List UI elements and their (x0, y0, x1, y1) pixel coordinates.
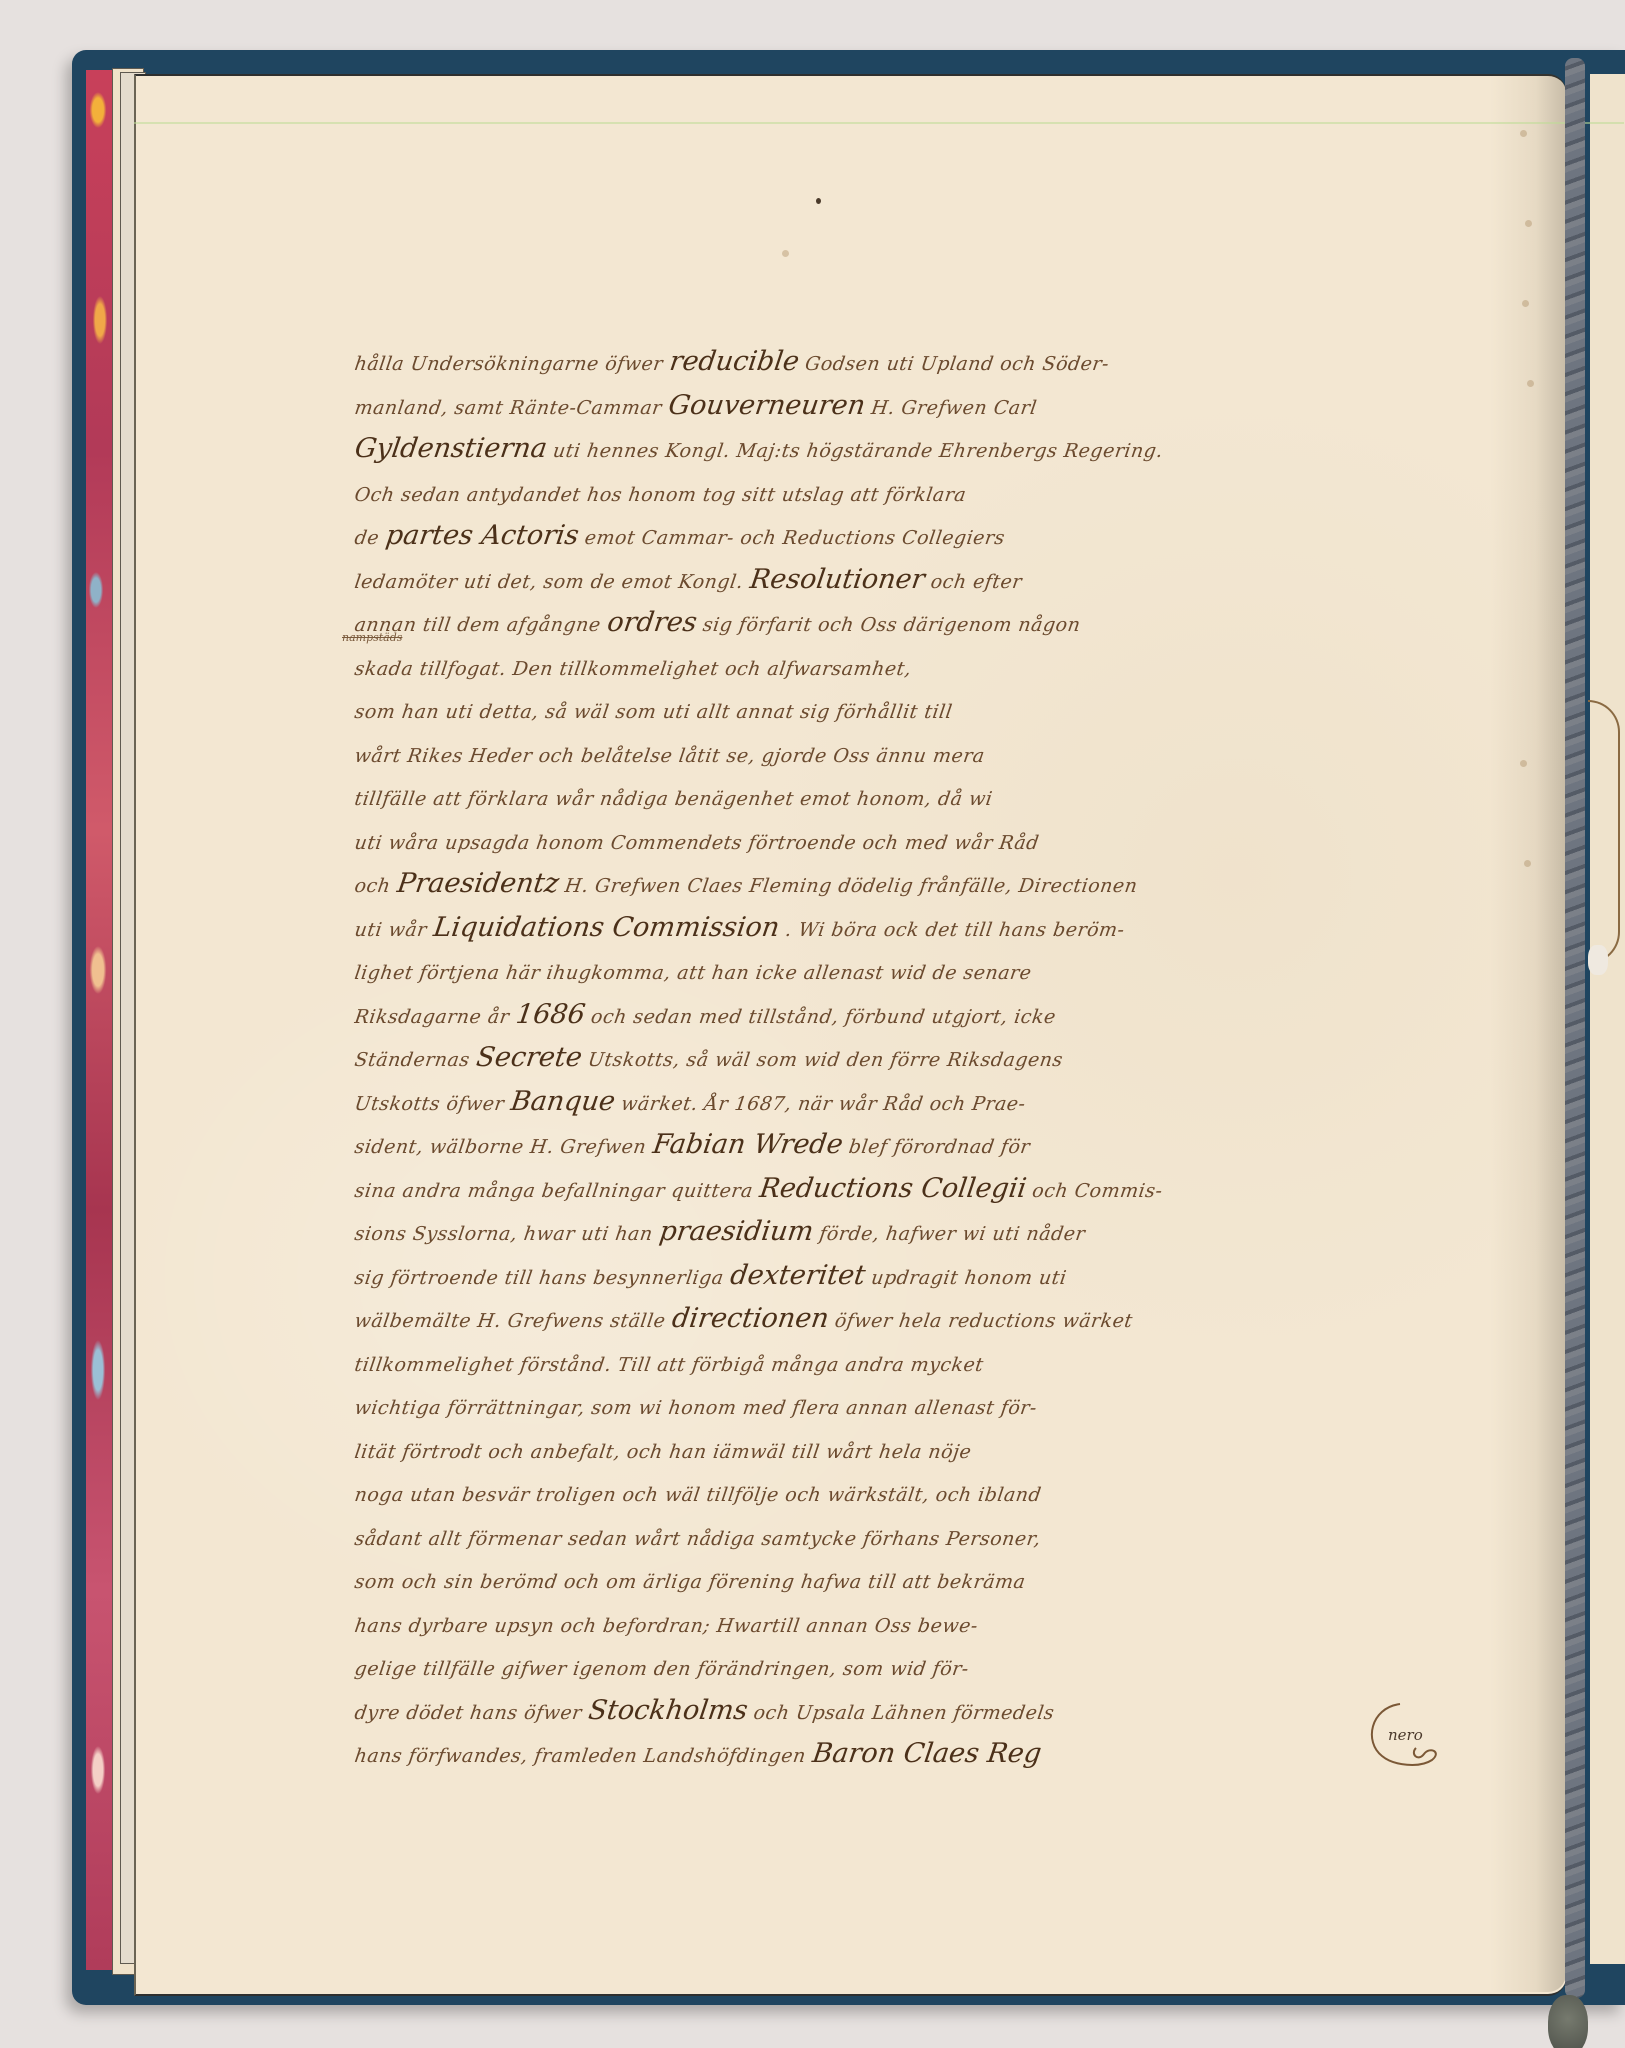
manuscript-line: manland, samt Ränte-Cammar Gouverneuren … (352, 384, 1468, 428)
manuscript-text: hålla Undersökningarne öfwer reducible G… (355, 340, 1465, 1776)
manuscript-line: Och sedan antydandet hos honom tog sitt … (352, 471, 1468, 515)
line-text-continued: Godsen uti Upland och Söder- (804, 353, 1111, 375)
manuscript-line: sident, wälborne H. Grefwen Fabian Wrede… (352, 1123, 1468, 1167)
line-text: som och sin berömd och om ärliga förenin… (353, 1571, 1027, 1593)
line-text-continued: H. Grefwen Claes Fleming dödelig frånfäl… (563, 875, 1139, 897)
manuscript-line: hans dyrbare upsyn och befordran; Hwarti… (352, 1602, 1468, 1646)
line-text: sådant allt förmenar sedan wårt nådiga s… (353, 1528, 1042, 1550)
line-text: Utskotts öfwer (353, 1093, 506, 1115)
line-text-continued: uti hennes Kongl. Maj:ts högstärande Ehr… (552, 440, 1165, 462)
manuscript-line: lität förtrodt och anbefalt, och han iäm… (352, 1428, 1468, 1472)
emphasized-term: Liquidations Commission (432, 912, 782, 943)
line-text: hans förfwandes, framleden Landshöfdinge… (353, 1745, 807, 1767)
catchword-text: nero (1388, 1726, 1423, 1744)
binding-cord (1565, 58, 1585, 1998)
manuscript-line: och Praesidentz H. Grefwen Claes Fleming… (352, 862, 1468, 906)
line-text: annan till dem afgångne (353, 614, 602, 636)
line-text: som han uti detta, så wäl som uti allt a… (353, 701, 954, 723)
line-text-continued: och Upsala Lähnen förmedels (752, 1702, 1056, 1724)
manuscript-line: wårt Rikes Heder och belåtelse låtit se,… (352, 732, 1468, 776)
foxing-spot (1527, 380, 1534, 387)
emphasized-term: reducible (668, 346, 802, 377)
foxing-spot (1520, 130, 1527, 137)
manuscript-line: Gyldenstierna uti hennes Kongl. Maj:ts h… (352, 427, 1468, 471)
line-text-continued: och efter (929, 571, 1023, 593)
manuscript-line: uti wår Liquidations Commission . Wi bör… (352, 906, 1468, 950)
manuscript-line: wälbemälte H. Grefwens ställe directione… (352, 1297, 1468, 1341)
line-text: sident, wälborne H. Grefwen (353, 1136, 648, 1158)
line-text-continued: och Commis- (1031, 1180, 1164, 1202)
gutter-shadow (1490, 74, 1566, 1992)
line-text: och (353, 875, 392, 897)
manuscript-line: gelige tillfälle gifwer igenom den förän… (352, 1645, 1468, 1689)
manuscript-line: tillkommelighet förstånd. Till att förbi… (352, 1341, 1468, 1385)
foxing-spot (782, 250, 789, 257)
marbled-endpaper (86, 70, 112, 1970)
line-text: uti wår (353, 919, 428, 941)
facing-page-edge (1590, 74, 1625, 1964)
emphasized-term: dexteritet (728, 1260, 867, 1291)
manuscript-line: wichtiga förrättningar, som wi honom med… (352, 1384, 1468, 1428)
line-text-continued: updragit honom uti (870, 1267, 1068, 1289)
emphasized-term: Gyldenstierna (353, 433, 549, 464)
line-text: Riksdagarne år (353, 1006, 511, 1028)
manuscript-line: som och sin berömd och om ärliga förenin… (352, 1558, 1468, 1602)
line-text: gelige tillfälle gifwer igenom den förän… (353, 1658, 970, 1680)
emphasized-term: Fabian Wrede (651, 1129, 845, 1160)
emphasized-term: directionen (670, 1303, 831, 1334)
foxing-spot (1524, 860, 1531, 867)
line-text: de (353, 527, 381, 549)
line-text: uti wåra upsagda honom Commendets förtro… (353, 832, 1040, 854)
foxing-spot (1520, 760, 1527, 767)
line-text-continued: förde, hafwer wi uti nåder (818, 1223, 1087, 1245)
emphasized-term: 1686 (514, 999, 587, 1030)
manuscript-line: de partes Actoris emot Cammar- och Reduc… (352, 514, 1468, 558)
line-text-continued: emot Cammar- och Reductions Collegiers (583, 527, 1006, 549)
emphasized-term: Gouverneuren (667, 390, 868, 421)
line-text: manland, samt Ränte-Cammar (353, 397, 663, 419)
line-text-continued: sig förfarit och Oss därigenom någon (701, 614, 1082, 636)
manuscript-line: Ständernas Secrete Utskotts, så wäl som … (352, 1036, 1468, 1080)
manuscript-line: lighet förtjena här ihugkomma, att han i… (352, 949, 1468, 993)
line-text: Och sedan antydandet hos honom tog sitt … (353, 484, 968, 506)
line-text: wichtiga förrättningar, som wi honom med… (353, 1397, 1038, 1419)
ink-spot (816, 198, 821, 204)
line-text: lität förtrodt och anbefalt, och han iäm… (353, 1441, 973, 1463)
manuscript-line: sina andra många befallningar quittera R… (352, 1167, 1468, 1211)
line-text: sions Sysslorna, hwar uti han (353, 1223, 654, 1245)
cord-tassel-knot (1548, 1995, 1588, 2048)
manuscript-line: Riksdagarne år 1686 och sedan med tillst… (352, 993, 1468, 1037)
line-text: skada tillfogat. Den tillkommelighet och… (353, 658, 913, 680)
manuscript-line: sig förtroende till hans besynnerliga de… (352, 1254, 1468, 1298)
line-text: wälbemälte H. Grefwens ställe (353, 1310, 667, 1332)
line-text-continued: och sedan med tillstånd, förbund utgjort… (590, 1006, 1058, 1028)
line-text: lighet förtjena här ihugkomma, att han i… (353, 962, 1033, 984)
line-text-continued: H. Grefwen Carl (870, 397, 1039, 419)
line-text: hans dyrbare upsyn och befordran; Hwarti… (353, 1615, 979, 1637)
emphasized-term: Praesidentz (395, 868, 561, 899)
manuscript-line: uti wåra upsagda honom Commendets förtro… (352, 819, 1468, 863)
scan-line-artifact (134, 122, 1624, 124)
manuscript-line: som han uti detta, så wäl som uti allt a… (352, 688, 1468, 732)
line-text-continued: . Wi böra ock det till hans beröm- (784, 919, 1126, 941)
emphasized-term: Baron Claes Reg (811, 1738, 1044, 1769)
manuscript-line: sions Sysslorna, hwar uti han praesidium… (352, 1210, 1468, 1254)
foxing-spot (1525, 220, 1532, 227)
line-text: Ständernas (353, 1049, 471, 1071)
emphasized-term: ordres (605, 607, 699, 638)
emphasized-term: partes Actoris (384, 520, 581, 551)
line-text: dyre dödet hans öfwer (353, 1702, 583, 1724)
manuscript-line: tillfälle att förklara wår nådiga benäge… (352, 775, 1468, 819)
string-fray (1588, 945, 1608, 975)
string-loop (1588, 700, 1620, 964)
line-text: hålla Undersökningarne öfwer (353, 353, 664, 375)
manuscript-line: dyre dödet hans öfwer Stockholms och Ups… (352, 1689, 1468, 1733)
emphasized-term: Secrete (474, 1042, 584, 1073)
manuscript-line: hans förfwandes, framleden Landshöfdinge… (352, 1732, 1468, 1776)
emphasized-term: Resolutioner (748, 564, 927, 595)
manuscript-line: ledamöter uti det, som de emot Kongl. Re… (352, 558, 1468, 602)
line-text-continued: Utskotts, så wäl som wid den förre Riksd… (587, 1049, 1065, 1071)
line-text: wårt Rikes Heder och belåtelse låtit se,… (353, 745, 986, 767)
catchword: nero (1360, 1702, 1450, 1772)
manuscript-line: hålla Undersökningarne öfwer reducible G… (352, 340, 1468, 384)
foxing-spot (1522, 300, 1529, 307)
emphasized-term: Reductions Collegii (758, 1173, 1029, 1204)
manuscript-line: sådant allt förmenar sedan wårt nådiga s… (352, 1515, 1468, 1559)
line-text: sig förtroende till hans besynnerliga (353, 1267, 725, 1289)
line-text: noga utan besvär troligen och wäl tillfö… (353, 1484, 1043, 1506)
manuscript-line: annan till dem afgångne ordres sig förfa… (352, 601, 1468, 645)
line-text: tillkommelighet förstånd. Till att förbi… (353, 1354, 985, 1376)
line-text-continued: blef förordnad för (847, 1136, 1031, 1158)
emphasized-term: Stockholms (587, 1695, 750, 1726)
line-text: ledamöter uti det, som de emot Kongl. (353, 571, 745, 593)
emphasized-term: praesidium (657, 1216, 815, 1247)
manuscript-line: noga utan besvär troligen och wäl tillfö… (352, 1471, 1468, 1515)
line-text-continued: wärket. År 1687, när wår Råd och Prae- (620, 1093, 1027, 1115)
emphasized-term: Banque (509, 1086, 617, 1117)
line-text: sina andra många befallningar quittera (353, 1180, 754, 1202)
line-text-continued: öfwer hela reductions wärket (833, 1310, 1134, 1332)
manuscript-line: Utskotts öfwer Banque wärket. År 1687, n… (352, 1080, 1468, 1124)
line-text: tillfälle att förklara wår nådiga benäge… (353, 788, 994, 810)
manuscript-line: skada tillfogat. Den tillkommelighet och… (352, 645, 1468, 689)
